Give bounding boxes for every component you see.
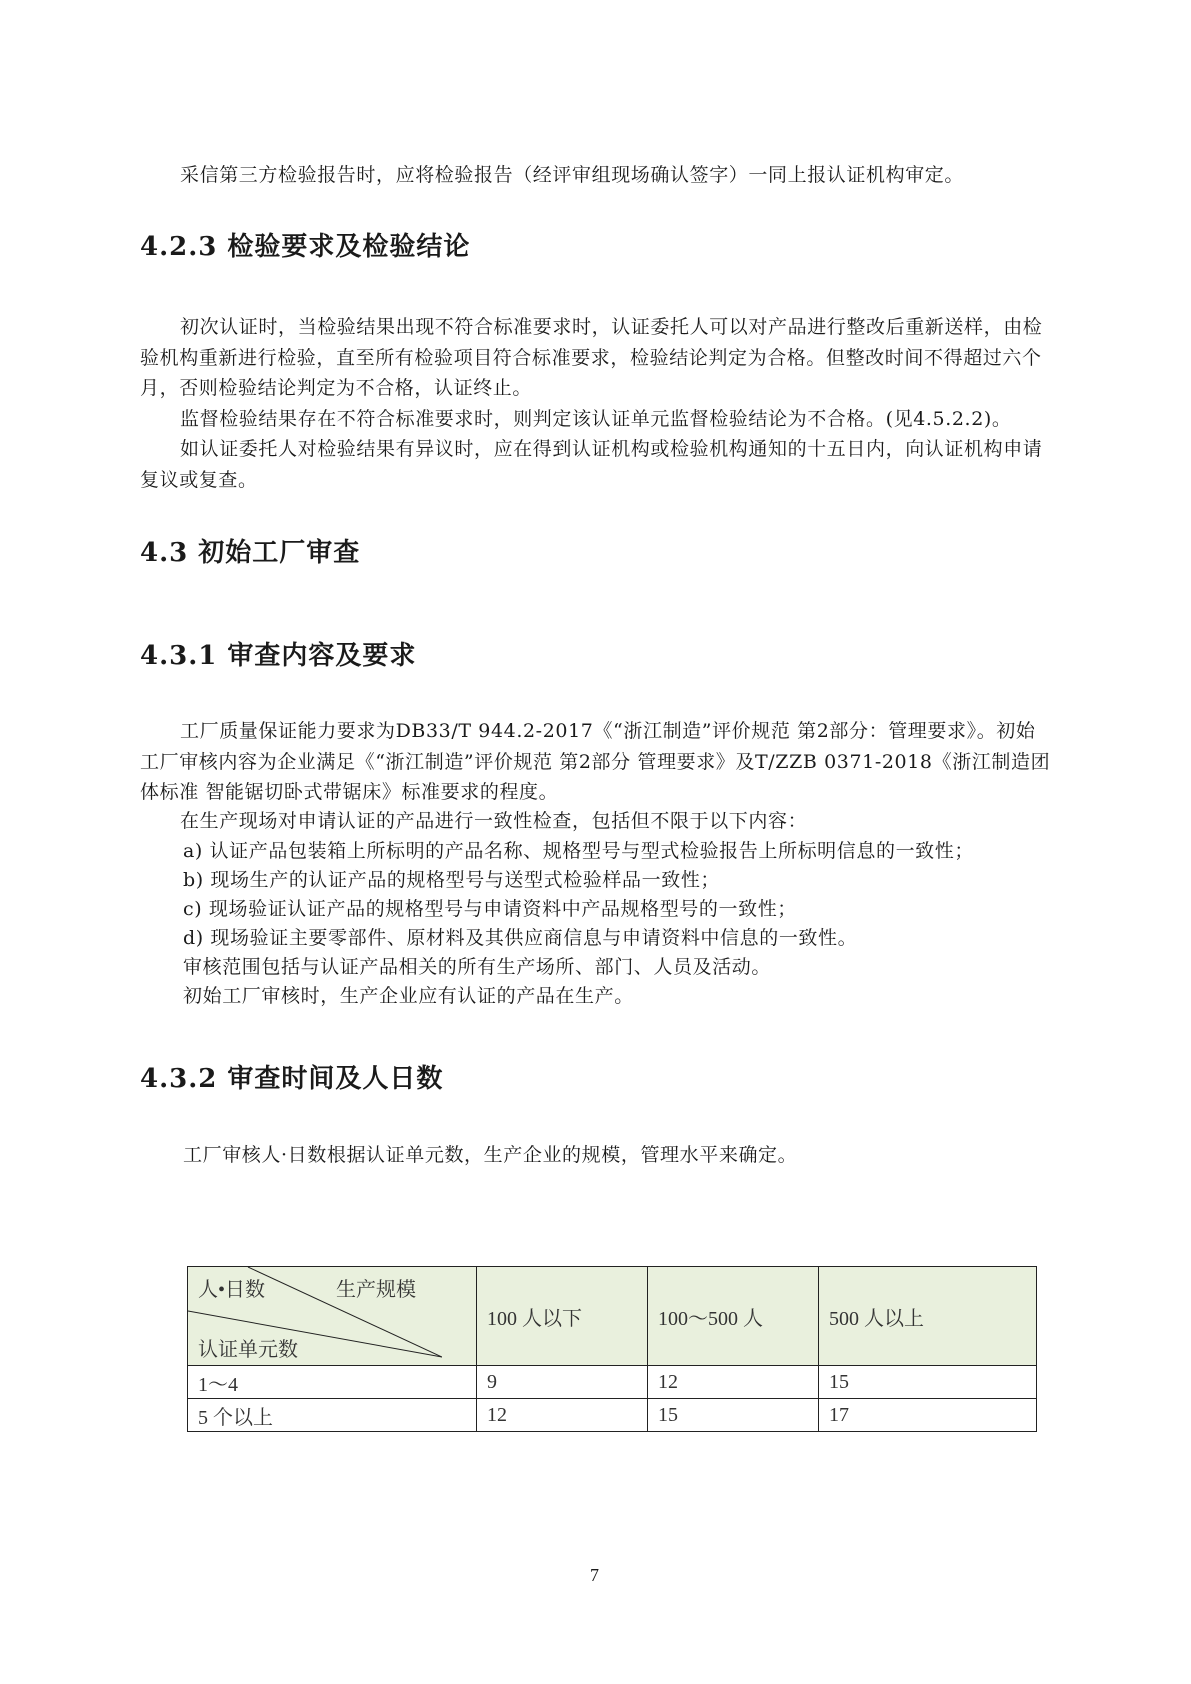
paragraph-objection: 如认证委托人对检验结果有异议时，应在得到认证机构或检验机构通知的十五日内，向认证… — [140, 434, 1052, 495]
corner-label-cert-units: 认证单元数 — [198, 1333, 298, 1362]
document-page: 采信第三方检验报告时，应将检验报告（经评审组现场确认签字）一同上报认证机构审定。… — [0, 0, 1191, 1684]
table-cell: 12 — [648, 1366, 819, 1399]
corner-label-person-days: 人•日数 — [198, 1273, 265, 1302]
table-intro: 工厂审核人·日数根据认证单元数，生产企业的规模，管理水平来确定。 — [183, 1140, 797, 1170]
intro-paragraph: 采信第三方检验报告时，应将检验报告（经评审组现场确认签字）一同上报认证机构审定。 — [140, 160, 1052, 191]
column-header: 500 人以上 — [819, 1267, 1037, 1366]
row-label: 5 个以上 — [188, 1399, 477, 1432]
paragraph-production-requirement: 初始工厂审核时，生产企业应有认证的产品在生产。 — [183, 981, 634, 1011]
table-row: 5 个以上 12 15 17 — [188, 1399, 1037, 1432]
heading-4-3-2: 4.3.2 审查时间及人日数 — [140, 1058, 443, 1095]
heading-4-3: 4.3 初始工厂审查 — [140, 532, 360, 569]
table-cell: 12 — [477, 1399, 648, 1432]
paragraph-consistency-check: 在生产现场对申请认证的产品进行一致性检查，包括但不限于以下内容： — [140, 806, 1052, 837]
list-item-d: d) 现场验证主要零部件、原材料及其供应商信息与申请资料中信息的一致性。 — [183, 923, 857, 953]
column-header: 100 人以下 — [477, 1267, 648, 1366]
list-item-c: c) 现场验证认证产品的规格型号与申请资料中产品规格型号的一致性； — [183, 894, 797, 924]
heading-4-2-3: 4.2.3 检验要求及检验结论 — [140, 226, 470, 263]
diagonal-header-cell: 人•日数 生产规模 认证单元数 — [188, 1267, 477, 1366]
paragraph-supervision-result: 监督检验结果存在不符合标准要求时，则判定该认证单元监督检验结论为不合格。(见4.… — [140, 404, 1052, 435]
list-item-b: b) 现场生产的认证产品的规格型号与送型式检验样品一致性； — [183, 865, 720, 895]
table-cell: 15 — [819, 1366, 1037, 1399]
person-day-table: 人•日数 生产规模 认证单元数 100 人以下 100～500 人 500 人以… — [187, 1266, 1037, 1432]
table-row: 1～4 9 12 15 — [188, 1366, 1037, 1399]
paragraph-audit-scope: 审核范围包括与认证产品相关的所有生产场所、部门、人员及活动。 — [183, 952, 771, 982]
corner-label-production-scale: 生产规模 — [336, 1273, 416, 1302]
paragraph-quality-assurance: 工厂质量保证能力要求为DB33/T 944.2-2017《“浙江制造”评价规范 … — [140, 716, 1052, 808]
table-cell: 17 — [819, 1399, 1037, 1432]
paragraph-initial-certification: 初次认证时，当检验结果出现不符合标准要求时，认证委托人可以对产品进行整改后重新送… — [140, 312, 1052, 404]
table-header-row: 人•日数 生产规模 认证单元数 100 人以下 100～500 人 500 人以… — [188, 1267, 1037, 1366]
list-item-a: a) 认证产品包装箱上所标明的产品名称、规格型号与型式检验报告上所标明信息的一致… — [183, 836, 974, 866]
table-cell: 9 — [477, 1366, 648, 1399]
column-header: 100～500 人 — [648, 1267, 819, 1366]
table-cell: 15 — [648, 1399, 819, 1432]
heading-4-3-1: 4.3.1 审查内容及要求 — [140, 635, 416, 672]
page-number: 7 — [590, 1565, 599, 1586]
row-label: 1～4 — [188, 1366, 477, 1399]
